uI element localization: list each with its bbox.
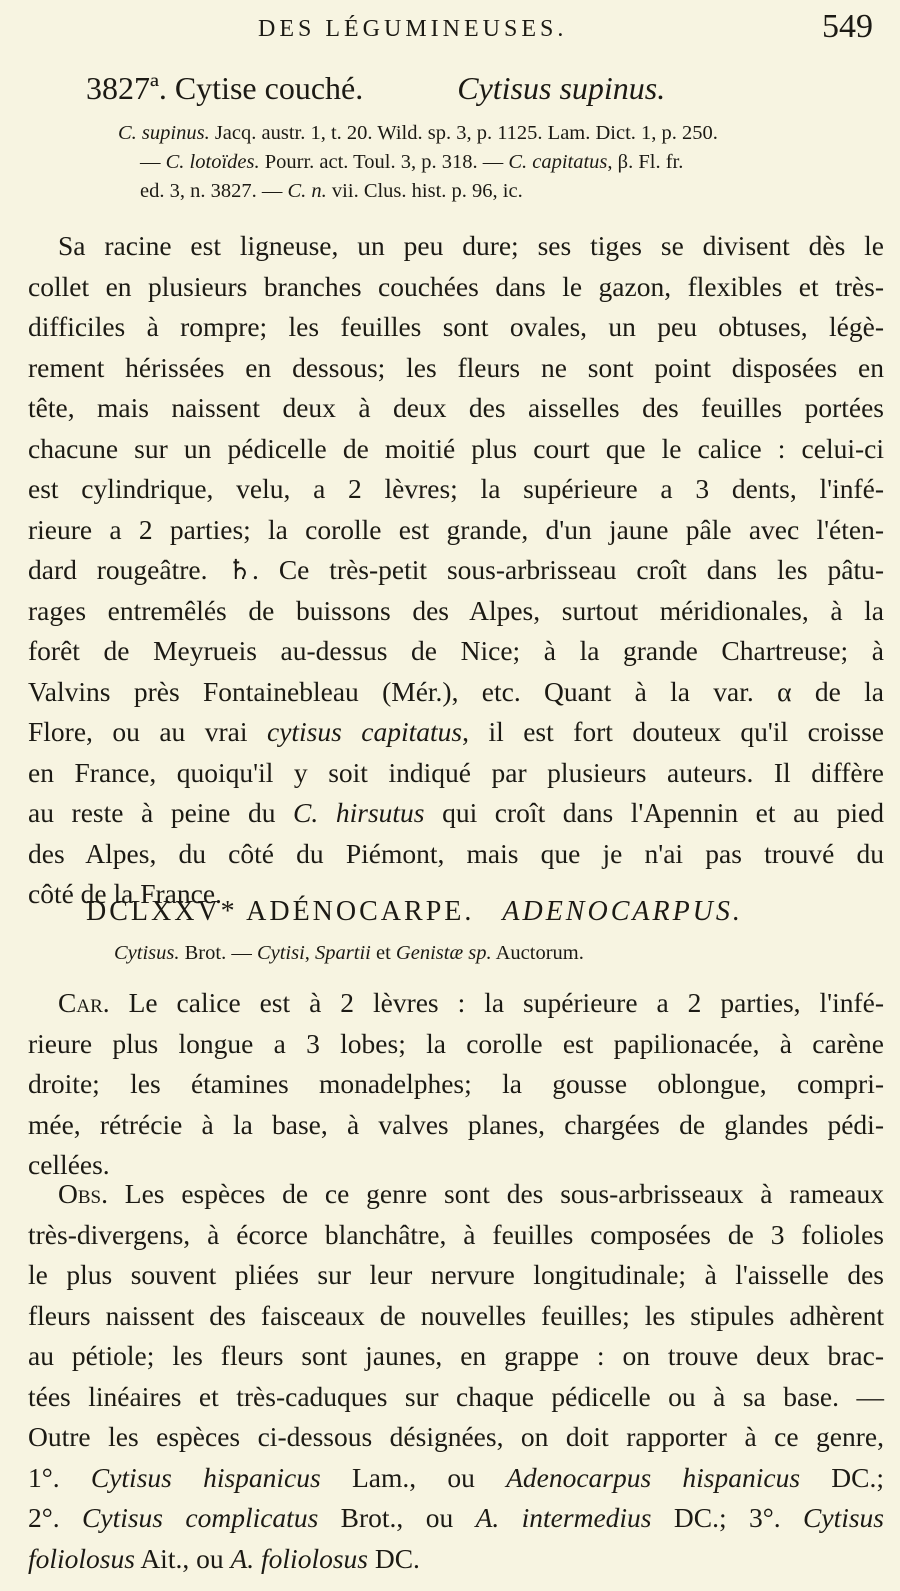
text: au reste à peine du [28,797,293,828]
syn-italic: Spartii [315,942,371,964]
text: tête, mais naissent deux à deux des aiss… [28,392,884,423]
text: est cylindrique, velu, a 2 lèvres; la su… [28,473,884,504]
text-line: très-divergens, à écorce blanchâtre, à f… [28,1215,884,1255]
syn-italic: Cytisi [257,942,305,964]
genus-latin-name: ADENOCARPUS. [502,896,743,927]
italic-text: Cytisus complicatus [82,1502,318,1533]
text-line: tées linéaires et très-caduques sur chaq… [28,1377,884,1417]
text-line: Obs. Les espèces de ce genre sont des so… [58,1174,884,1214]
species-title: 3827ª. Cytise couché. Cytisus supinus. [86,70,665,107]
page-number: 549 [822,8,873,46]
syn-italic: C. supinus. [118,122,210,144]
text: fleurs naissent des faisceaux de nouvell… [28,1300,884,1331]
syn-italic: C. capitatus [508,151,607,173]
genus-number: DCLXXV* [86,896,238,927]
genus-synonymy: Cytisus. Brot. — Cytisi, Spartii et Geni… [114,942,584,965]
text: des Alpes, du côté du Piémont, mais que … [28,838,884,869]
italic-text: A. intermedius [476,1502,652,1533]
text: rement hérissées en dessous; les fleurs … [28,352,884,383]
text: DC.; 3°. [652,1502,804,1533]
syn-text: Pourr. act. Toul. 3, p. 318. — [260,151,509,173]
text-line: tête, mais naissent deux à deux des aiss… [28,388,884,428]
text: rieure a 2 parties; la corolle est grand… [28,514,884,545]
syn-text: , β. Fl. fr. [607,151,683,173]
italic-text: Adenocarpus hispanicus [506,1462,800,1493]
italic-text: Cytisus hispanicus [91,1462,321,1493]
text: droite; les étamines monadelphes; la gou… [28,1068,884,1099]
italic-text: foliolosus [28,1543,135,1574]
text-line: foliolosus Ait., ou A. foliolosus DC. [28,1539,884,1579]
italic-text: cytisus capitatus [267,716,462,747]
text-line: chacune sur un pédicelle de moitié plus … [28,429,884,469]
book-page: DES LÉGUMINEUSES. 549 3827ª. Cytise couc… [0,0,900,1591]
genus-french-name: ADÉNOCARPE. [246,896,474,927]
text-line: en France, quoiqu'il y soit indiqué par … [28,753,884,793]
text-line: des Alpes, du côté du Piémont, mais que … [28,834,884,874]
synonymy-line-3: ed. 3, n. 3827. — C. n. vii. Clus. hist.… [140,176,523,206]
syn-italic: Cytisus. [114,942,180,964]
text: 1°. [28,1462,91,1493]
text: forêt de Meyrueis au-dessus de Nice; à l… [28,635,884,666]
text: chacune sur un pédicelle de moitié plus … [28,433,884,464]
text-line: Flore, ou au vrai cytisus capitatus, il … [28,712,884,752]
species-number: 3827ª. [86,70,167,106]
text-line: Outre les espèces ci-dessous désignées, … [28,1417,884,1457]
text-line: rages entremêlés de buissons des Alpes, … [28,591,884,631]
text: Le calice est à 2 lèvres : la supérieure… [110,987,884,1018]
italic-text: A. foliolosus [230,1543,368,1574]
text: Lam., ou [321,1462,506,1493]
text-line: fleurs naissent des faisceaux de nouvell… [28,1296,884,1336]
section-label: Car. [58,987,110,1018]
text: rages entremêlés de buissons des Alpes, … [28,595,884,626]
syn-italic: Genistæ sp. [396,942,492,964]
syn-text: Brot. — [180,942,257,964]
text: Brot., ou [318,1502,475,1533]
text: , il est fort douteux qu'il croisse [462,716,884,747]
text: en France, quoiqu'il y soit indiqué par … [28,757,884,788]
syn-text: ed. 3, n. 3827. — [140,180,287,202]
text-line: le plus souvent pliées sur leur nervure … [28,1255,884,1295]
syn-text: — [140,151,166,173]
syn-text: Jacq. austr. 1, t. 20. Wild. sp. 3, p. 1… [210,122,718,144]
text-line: Valvins près Fontainebleau (Mér.), etc. … [28,672,884,712]
italic-text: Cytisus [803,1502,884,1533]
syn-text: et [371,942,396,964]
text: Valvins près Fontainebleau (Mér.), etc. … [28,676,884,707]
text-line: Sa racine est ligneuse, un peu dure; ses… [58,226,884,266]
text-line: 1°. Cytisus hispanicus Lam., ou Adenocar… [28,1458,884,1498]
text-line: au pétiole; les fleurs sont jaunes, en g… [28,1336,884,1376]
text-line: rieure plus longue a 3 lobes; la corolle… [28,1024,884,1064]
text: 2°. [28,1502,82,1533]
text-line: est cylindrique, velu, a 2 lèvres; la su… [28,469,884,509]
synonymy-line-1: C. supinus. Jacq. austr. 1, t. 20. Wild.… [118,118,718,148]
text: Outre les espèces ci-dessous désignées, … [28,1421,884,1452]
text: rieure plus longue a 3 lobes; la corolle… [28,1028,884,1059]
text-line: droite; les étamines monadelphes; la gou… [28,1064,884,1104]
text-line: collet en plusieurs branches couchées da… [28,267,884,307]
text: Sa racine est ligneuse, un peu dure; ses… [58,230,884,261]
running-head: DES LÉGUMINEUSES. [258,16,567,43]
syn-text: , [305,942,315,964]
text-line: forêt de Meyrueis au-dessus de Nice; à l… [28,631,884,671]
text-line: mée, rétrécie à la base, à valves planes… [28,1105,884,1145]
text-line: dard rougeâtre. ♄. Ce très-petit sous-ar… [28,550,884,590]
text: DC. [368,1543,420,1574]
text: Ait., ou [135,1543,231,1574]
text: dard rougeâtre. ♄. Ce très-petit sous-ar… [28,554,884,585]
text: difficiles à rompre; les feuilles sont o… [28,311,884,342]
syn-text: Auctorum. [492,942,584,964]
text-line: rement hérissées en dessous; les fleurs … [28,348,884,388]
text-line: difficiles à rompre; les feuilles sont o… [28,307,884,347]
text: Flore, ou au vrai [28,716,267,747]
text-line: au reste à peine du C. hirsutus qui croî… [28,793,884,833]
text: le plus souvent pliées sur leur nervure … [28,1259,884,1290]
species-french-name: Cytise couché. [175,70,363,106]
text: DC.; [800,1462,884,1493]
syn-italic: C. lotoïdes. [166,151,260,173]
text: collet en plusieurs branches couchées da… [28,271,884,302]
genus-title: DCLXXV* ADÉNOCARPE. ADENOCARPUS. [86,896,743,928]
synonymy-line-2: — C. lotoïdes. Pourr. act. Toul. 3, p. 3… [140,147,683,177]
section-label: Obs. [58,1178,108,1209]
text: Les espèces de ce genre sont des sous-ar… [108,1178,884,1209]
text: qui croît dans l'Apennin et au pied [425,797,884,828]
text: au pétiole; les fleurs sont jaunes, en g… [28,1340,884,1371]
species-latin-name: Cytisus supinus. [457,70,665,106]
text: mée, rétrécie à la base, à valves planes… [28,1109,884,1140]
italic-text: C. hirsutus [293,797,424,828]
text-line: Car. Le calice est à 2 lèvres : la supér… [58,983,884,1023]
syn-text: vii. Clus. hist. p. 96, ic. [327,180,523,202]
text-line: 2°. Cytisus complicatus Brot., ou A. int… [28,1498,884,1538]
text: tées linéaires et très-caduques sur chaq… [28,1381,884,1412]
syn-italic: C. n. [287,180,326,202]
text: très-divergens, à écorce blanchâtre, à f… [28,1219,884,1250]
text-line: rieure a 2 parties; la corolle est grand… [28,510,884,550]
